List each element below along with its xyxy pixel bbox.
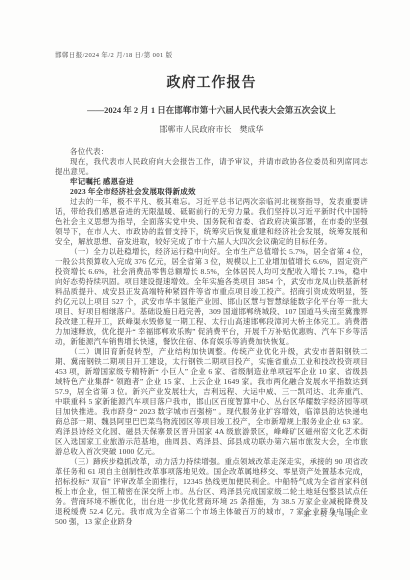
- paragraph-review-overview: 过去的一年，极不平凡、极其难忘。习近平总书记两次亲临河北视察指导，发表重要讲话，…: [55, 197, 368, 247]
- section-heading-motto: 牢记嘱托 感恩奋进: [55, 177, 368, 187]
- newspaper-source-line: 邯郸日报/2024 年/2 月/18 日/第 001 版: [55, 52, 368, 60]
- author-byline: 邯郸市人民政府市长 樊成华: [55, 125, 368, 135]
- document-subtitle: ——2024 年 2 月 1 日在邯郸市第十六届人民代表大会第五次会议上: [55, 105, 368, 115]
- page-number: 第 1 页 共 8 页: [303, 509, 355, 518]
- section-heading-2023-results: 2023 年全市经济社会发展取得新成效: [55, 187, 368, 197]
- salutation-line: 各位代表：: [55, 147, 368, 157]
- document-page: 邯郸日报/2024 年/2 月/18 日/第 001 版 政府工作报告 ——20…: [0, 0, 410, 580]
- document-body: 各位代表： 现在，我代表市人民政府向大会报告工作，请予审议，并请市政协各位委员和…: [55, 147, 368, 527]
- intro-paragraph: 现在，我代表市人民政府向大会报告工作，请予审议，并请市政协各位委员和列席同志提出…: [55, 157, 368, 177]
- paragraph-item-2-industry: （二）调旧育新促转型，产业结构加快调整。传统产业优化升级，武安市普阳钢铁二期、冀…: [55, 347, 368, 457]
- document-title: 政府工作报告: [55, 75, 368, 92]
- paragraph-item-1-growth: （一）全力以赴稳增长，经济运行稳中向好。全市生产总值增长 5.7%，居全省第 4…: [55, 247, 368, 347]
